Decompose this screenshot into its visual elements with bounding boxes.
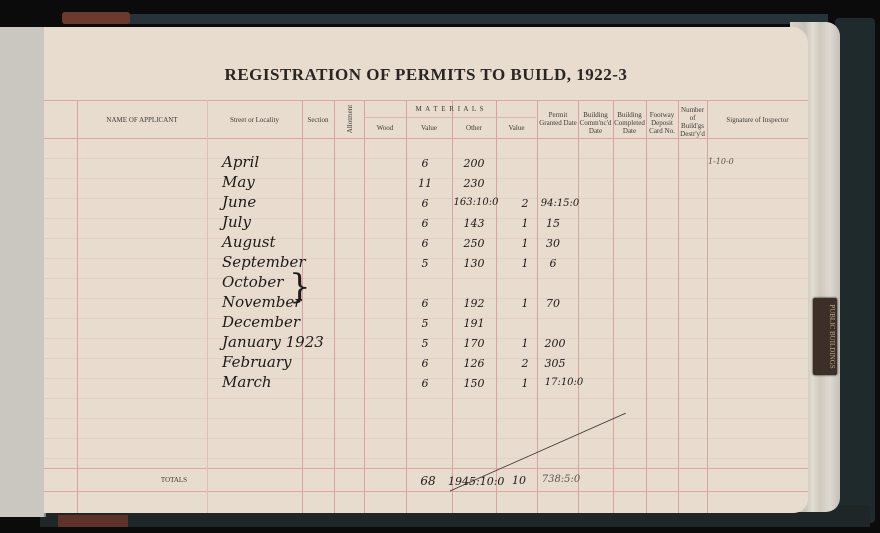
brace-mark: } [289, 267, 311, 307]
column-rule [334, 100, 335, 513]
cell-wood-value: 230 [452, 177, 496, 190]
header-other: Other [452, 124, 496, 132]
cell-wood: 5 [406, 257, 444, 270]
cell-wood-value: 163:10:0 [452, 197, 500, 208]
cell-wood: 6 [406, 217, 444, 230]
header-building-completed-date: Building Completed Date [613, 111, 646, 135]
totals-top-rule [44, 468, 808, 469]
totals-bottom-rule [44, 491, 808, 492]
row-month: February [222, 353, 292, 371]
book-cover-top [128, 14, 828, 24]
header-materials: M A T E R I A L S [364, 105, 536, 113]
cell-other: 1 [510, 377, 540, 390]
cell-wood: 6 [406, 197, 444, 210]
header-wood: Wood [364, 124, 406, 132]
header-number-of-buildings-destroyed: Number of Build'gs Destr'y'd [678, 106, 707, 138]
cell-wood: 6 [406, 297, 444, 310]
cell-other: 2 [510, 197, 540, 210]
ruled-line [44, 278, 808, 279]
index-tab-public-buildings[interactable]: PUBLIC BUILDINGS [813, 298, 837, 375]
total-wood: 68 [406, 474, 450, 488]
row-month: March [222, 373, 272, 391]
header-allotment: Allotment [346, 95, 354, 143]
column-rule [364, 100, 365, 513]
header-signature-of-inspector: Signature of Inspector [707, 116, 808, 124]
cell-wood: 11 [406, 177, 444, 190]
cell-other-value: 200 [538, 337, 572, 350]
ruled-line [44, 438, 808, 439]
cell-wood-value: 130 [452, 257, 496, 270]
total-other: 10 [504, 474, 534, 487]
row-month: July [222, 213, 251, 231]
book-cover-right [835, 18, 875, 523]
header-bottom-rule [44, 138, 808, 139]
cell-wood: 5 [406, 317, 444, 330]
cell-other-value: 17:10:0 [544, 377, 584, 388]
column-rule [678, 100, 679, 513]
materials-subheader-rule [364, 117, 536, 118]
book-spine-bottom [58, 515, 128, 527]
cell-other: 2 [510, 357, 540, 370]
ledger-page: REGISTRATION OF PERMITS TO BUILD, 1922-3… [44, 27, 808, 513]
column-rule [77, 100, 78, 513]
header-name-of-applicant: NAME OF APPLICANT [77, 116, 207, 124]
cell-wood-value: 200 [452, 157, 496, 170]
cell-other: 1 [510, 237, 540, 250]
row-month: April [222, 153, 259, 171]
cell-other-value: 15 [538, 217, 568, 230]
page-title: REGISTRATION OF PERMITS TO BUILD, 1922-3 [44, 65, 808, 85]
book-spine-top [62, 12, 130, 24]
total-wood-value: 1945:10:0 [448, 475, 504, 488]
left-page-edge [0, 27, 46, 517]
cell-wood: 6 [406, 157, 444, 170]
cell-other: 1 [510, 257, 540, 270]
header-top-rule [44, 100, 808, 101]
cell-wood-value: 250 [452, 237, 496, 250]
header-wood-value: Value [406, 124, 452, 132]
header-street-or-locality: Street or Locality [207, 116, 302, 124]
cell-wood: 5 [406, 337, 444, 350]
cell-other: 1 [510, 217, 540, 230]
ruled-line [44, 458, 808, 459]
header-permit-granted-date: Permit Granted Date [539, 111, 577, 127]
totals-label: TOTALS [104, 476, 244, 484]
cell-other-value: 6 [538, 257, 568, 270]
column-rule [646, 100, 647, 513]
row-month: October [222, 273, 283, 291]
cell-other-value: 30 [538, 237, 568, 250]
ruled-line [44, 398, 808, 399]
cell-other: 1 [510, 337, 540, 350]
cell-wood-value: 143 [452, 217, 496, 230]
row-month: May [222, 173, 255, 191]
column-rule [207, 100, 208, 513]
cell-other-value: 305 [538, 357, 572, 370]
cell-wood-value: 126 [452, 357, 496, 370]
cell-wood-value: 170 [452, 337, 496, 350]
header-other-value: Value [496, 124, 537, 132]
cell-wood: 6 [406, 357, 444, 370]
cell-other-value: 70 [538, 297, 568, 310]
cell-wood-value: 192 [452, 297, 496, 310]
ruled-line [44, 418, 808, 419]
header-footway-deposit-card-no: Footway Deposit Card No. [646, 111, 678, 135]
cell-wood-value: 191 [452, 317, 496, 330]
cell-wood: 6 [406, 377, 444, 390]
header-section: Section [302, 116, 334, 124]
cell-other-value: 94:15:0 [538, 198, 582, 209]
cell-wood: 6 [406, 237, 444, 250]
header-building-commenced-date: Building Comm'nc'd Date [578, 111, 613, 135]
total-other-value: 738:5:0 [538, 474, 584, 485]
inspector-note: 1-10-0 [708, 157, 734, 166]
row-month: August [222, 233, 275, 251]
row-month: June [222, 193, 256, 211]
row-month: January 1923 [222, 333, 324, 351]
row-month: December [222, 313, 300, 331]
cell-other: 1 [510, 297, 540, 310]
index-tab-label: PUBLIC BUILDINGS [813, 298, 837, 375]
cell-wood-value: 150 [452, 377, 496, 390]
